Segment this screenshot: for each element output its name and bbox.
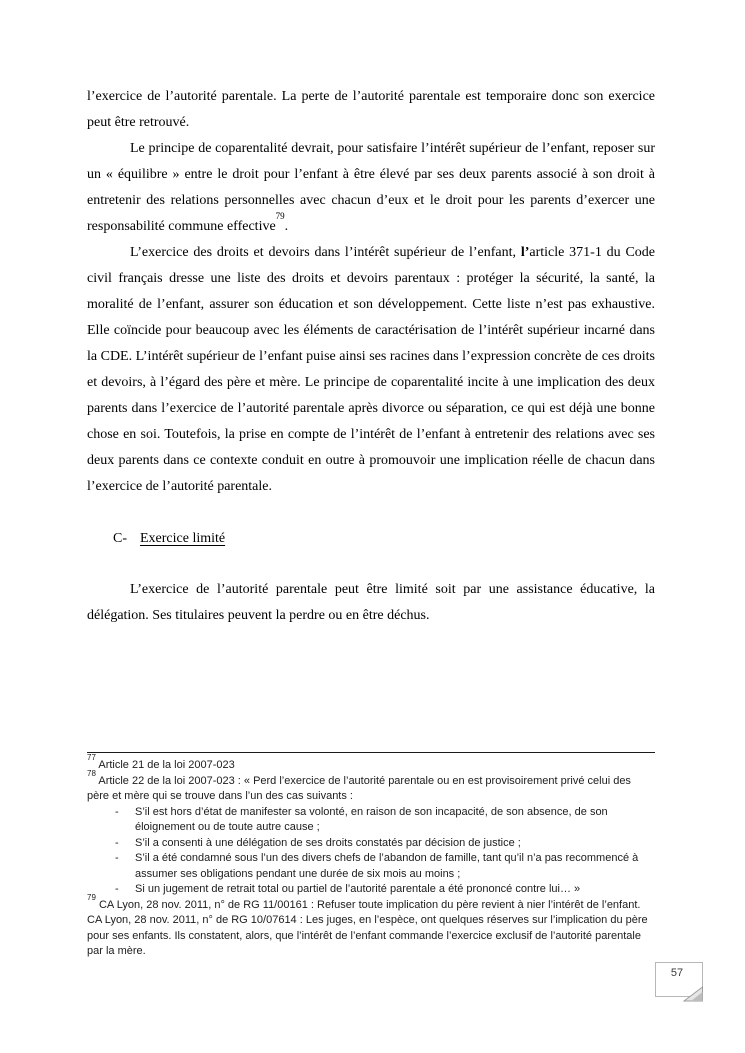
text-run: L’exercice des droits et devoirs dans l’…	[130, 245, 521, 260]
footnote-ref-79: 79	[276, 211, 285, 221]
list-item: - S’il est hors d’état de manifester sa …	[87, 805, 655, 836]
list-dash: -	[115, 836, 135, 852]
list-item: - S’il a été condamné sous l’un des dive…	[87, 851, 655, 882]
section-heading: C-Exercice limité	[113, 526, 655, 552]
list-item-text: S’il a été condamné sous l’un des divers…	[135, 851, 655, 882]
list-item-text: S’il a consenti à une délégation de ses …	[135, 836, 655, 852]
footnote-text: CA Lyon, 28 nov. 2011, n° de RG 11/00161…	[87, 899, 648, 958]
section-heading-title: Exercice limité	[140, 531, 225, 546]
footnote-78-list: - S’il est hors d’état de manifester sa …	[87, 805, 655, 898]
text-run: article 371-1 du Code civil français dre…	[87, 245, 655, 494]
footnote-number: 77	[87, 753, 96, 762]
page-curl-icon	[683, 986, 704, 1003]
list-dash: -	[115, 851, 135, 882]
footnote-77: 77 Article 21 de la loi 2007-023	[87, 758, 655, 774]
section-heading-label: C-	[113, 531, 127, 546]
paragraph-droits-devoirs: L’exercice des droits et devoirs dans l’…	[87, 240, 655, 500]
list-dash: -	[115, 805, 135, 836]
page-body: l’exercice de l’autorité parentale. La p…	[87, 84, 655, 629]
list-item: - Si un jugement de retrait total ou par…	[87, 882, 655, 898]
page-number-box: 57	[655, 962, 703, 997]
list-dash: -	[115, 882, 135, 898]
footnote-text: Article 22 de la loi 2007-023 : « Perd l…	[87, 775, 631, 803]
footnotes-section: 77 Article 21 de la loi 2007-023 78 Arti…	[87, 752, 655, 960]
footnote-number: 78	[87, 769, 96, 778]
footnote-79: 79 CA Lyon, 28 nov. 2011, n° de RG 11/00…	[87, 898, 655, 960]
list-item-text: Si un jugement de retrait total ou parti…	[135, 882, 655, 898]
paragraph-exercice-limite: L’exercice de l’autorité parentale peut …	[87, 577, 655, 629]
footnote-number: 79	[87, 893, 96, 902]
paragraph-coparentalite: Le principe de coparentalité devrait, po…	[87, 136, 655, 240]
paragraph-continuation: l’exercice de l’autorité parentale. La p…	[87, 84, 655, 136]
list-item-text: S’il est hors d’état de manifester sa vo…	[135, 805, 655, 836]
text-run: Le principe de coparentalité devrait, po…	[87, 141, 655, 234]
document-page: l’exercice de l’autorité parentale. La p…	[0, 0, 745, 1053]
page-number: 57	[656, 967, 698, 979]
footnote-text: Article 21 de la loi 2007-023	[98, 759, 234, 771]
text-run: .	[285, 219, 289, 234]
footnote-78: 78 Article 22 de la loi 2007-023 : « Per…	[87, 774, 655, 805]
list-item: - S’il a consenti à une délégation de se…	[87, 836, 655, 852]
